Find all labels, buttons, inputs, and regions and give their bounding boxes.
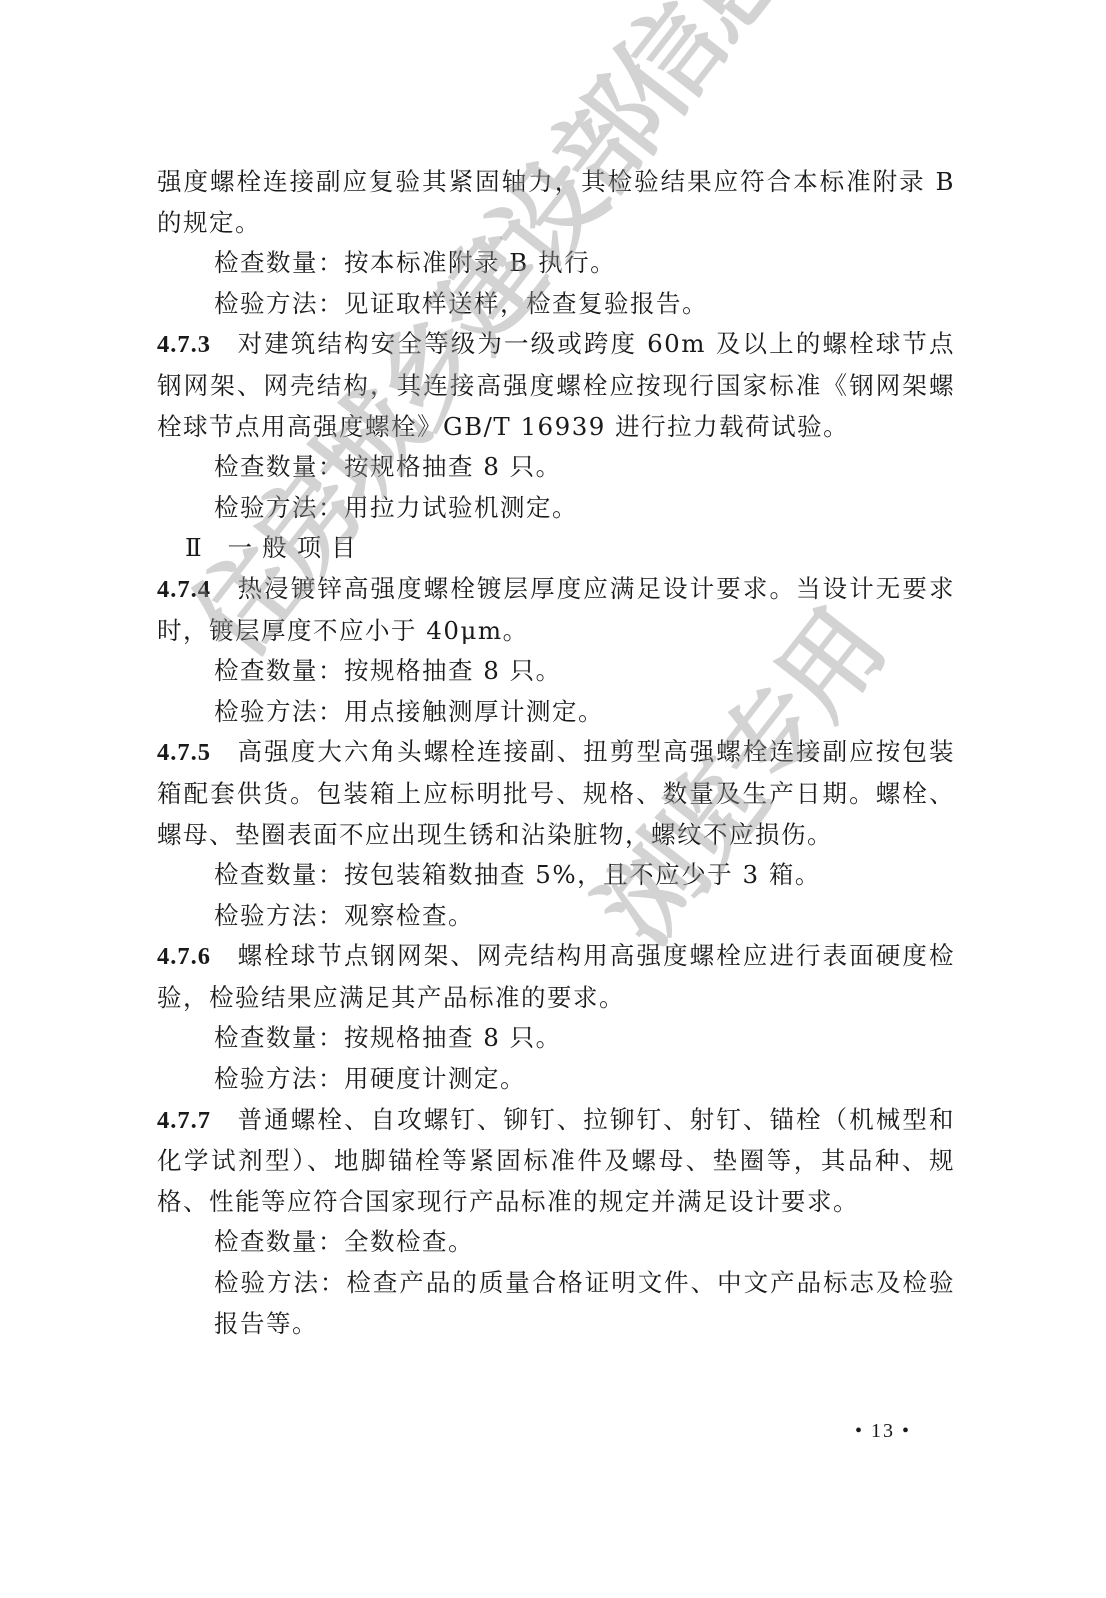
document-page: 强度螺栓连接副应复验其紧固轴力，其检验结果应符合本标准附录 B 的规定。 检查数… (0, 0, 1106, 1598)
clause-4-7-6: 4.7.6螺栓球节点钢网架、网壳结构用高强度螺栓应进行表面硬度检验，检验结果应满… (157, 936, 955, 1018)
clause-number: 4.7.4 (157, 576, 211, 603)
inspection-quantity: 检查数量：按包装箱数抽查 5%，且不应少于 3 箱。 (157, 855, 955, 896)
clause-4-7-5: 4.7.5高强度大六角头螺栓连接副、扭剪型高强螺栓连接副应按包装箱配套供货。包装… (157, 732, 955, 855)
section-roman-numeral: Ⅱ (185, 533, 202, 562)
inspection-quantity: 检查数量：全数检查。 (157, 1222, 955, 1263)
section-title-text: 一般项目 (228, 533, 366, 562)
inspection-method: 检验方法：用拉力试验机测定。 (157, 488, 955, 529)
clause-text: 普通螺栓、自攻螺钉、铆钉、拉铆钉、射钉、锚栓（机械型和化学试剂型）、地脚锚栓等紧… (157, 1105, 955, 1216)
page-content: 强度螺栓连接副应复验其紧固轴力，其检验结果应符合本标准附录 B 的规定。 检查数… (157, 162, 955, 1344)
inspection-method: 检验方法：检查产品的质量合格证明文件、中文产品标志及检验报告等。 (157, 1263, 955, 1344)
clause-4-7-7: 4.7.7普通螺栓、自攻螺钉、铆钉、拉铆钉、射钉、锚栓（机械型和化学试剂型）、地… (157, 1100, 955, 1223)
clause-4-7-3: 4.7.3对建筑结构安全等级为一级或跨度 60m 及以上的螺栓球节点钢网架、网壳… (157, 324, 955, 447)
clause-text: 螺栓球节点钢网架、网壳结构用高强度螺栓应进行表面硬度检验，检验结果应满足其产品标… (157, 941, 955, 1012)
clause-number: 4.7.5 (157, 739, 211, 766)
clause-text: 对建筑结构安全等级为一级或跨度 60m 及以上的螺栓球节点钢网架、网壳结构，其连… (157, 329, 955, 440)
clause-number: 4.7.7 (157, 1107, 211, 1134)
inspection-quantity: 检查数量：按本标准附录 B 执行。 (157, 243, 955, 284)
clause-4-7-4: 4.7.4热浸镀锌高强度螺栓镀层厚度应满足设计要求。当设计无要求时，镀层厚度不应… (157, 569, 955, 651)
inspection-method: 检验方法：用点接触测厚计测定。 (157, 692, 955, 733)
inspection-quantity: 检查数量：按规格抽查 8 只。 (157, 1018, 955, 1059)
inspection-quantity: 检查数量：按规格抽查 8 只。 (157, 651, 955, 692)
clause-number: 4.7.3 (157, 331, 211, 358)
inspection-method: 检验方法：用硬度计测定。 (157, 1059, 955, 1100)
clause-text: 热浸镀锌高强度螺栓镀层厚度应满足设计要求。当设计无要求时，镀层厚度不应小于 40… (157, 574, 955, 645)
clause-number: 4.7.6 (157, 943, 211, 970)
page-number: • 13 • (855, 1420, 911, 1443)
clause-text: 高强度大六角头螺栓连接副、扭剪型高强螺栓连接副应按包装箱配套供货。包装箱上应标明… (157, 737, 955, 848)
section-heading: Ⅱ一般项目 (157, 528, 955, 569)
paragraph-continuation: 强度螺栓连接副应复验其紧固轴力，其检验结果应符合本标准附录 B 的规定。 (157, 162, 955, 243)
inspection-quantity: 检查数量：按规格抽查 8 只。 (157, 447, 955, 488)
inspection-method: 检验方法：观察检查。 (157, 896, 955, 937)
inspection-method: 检验方法：见证取样送样，检查复验报告。 (157, 284, 955, 325)
